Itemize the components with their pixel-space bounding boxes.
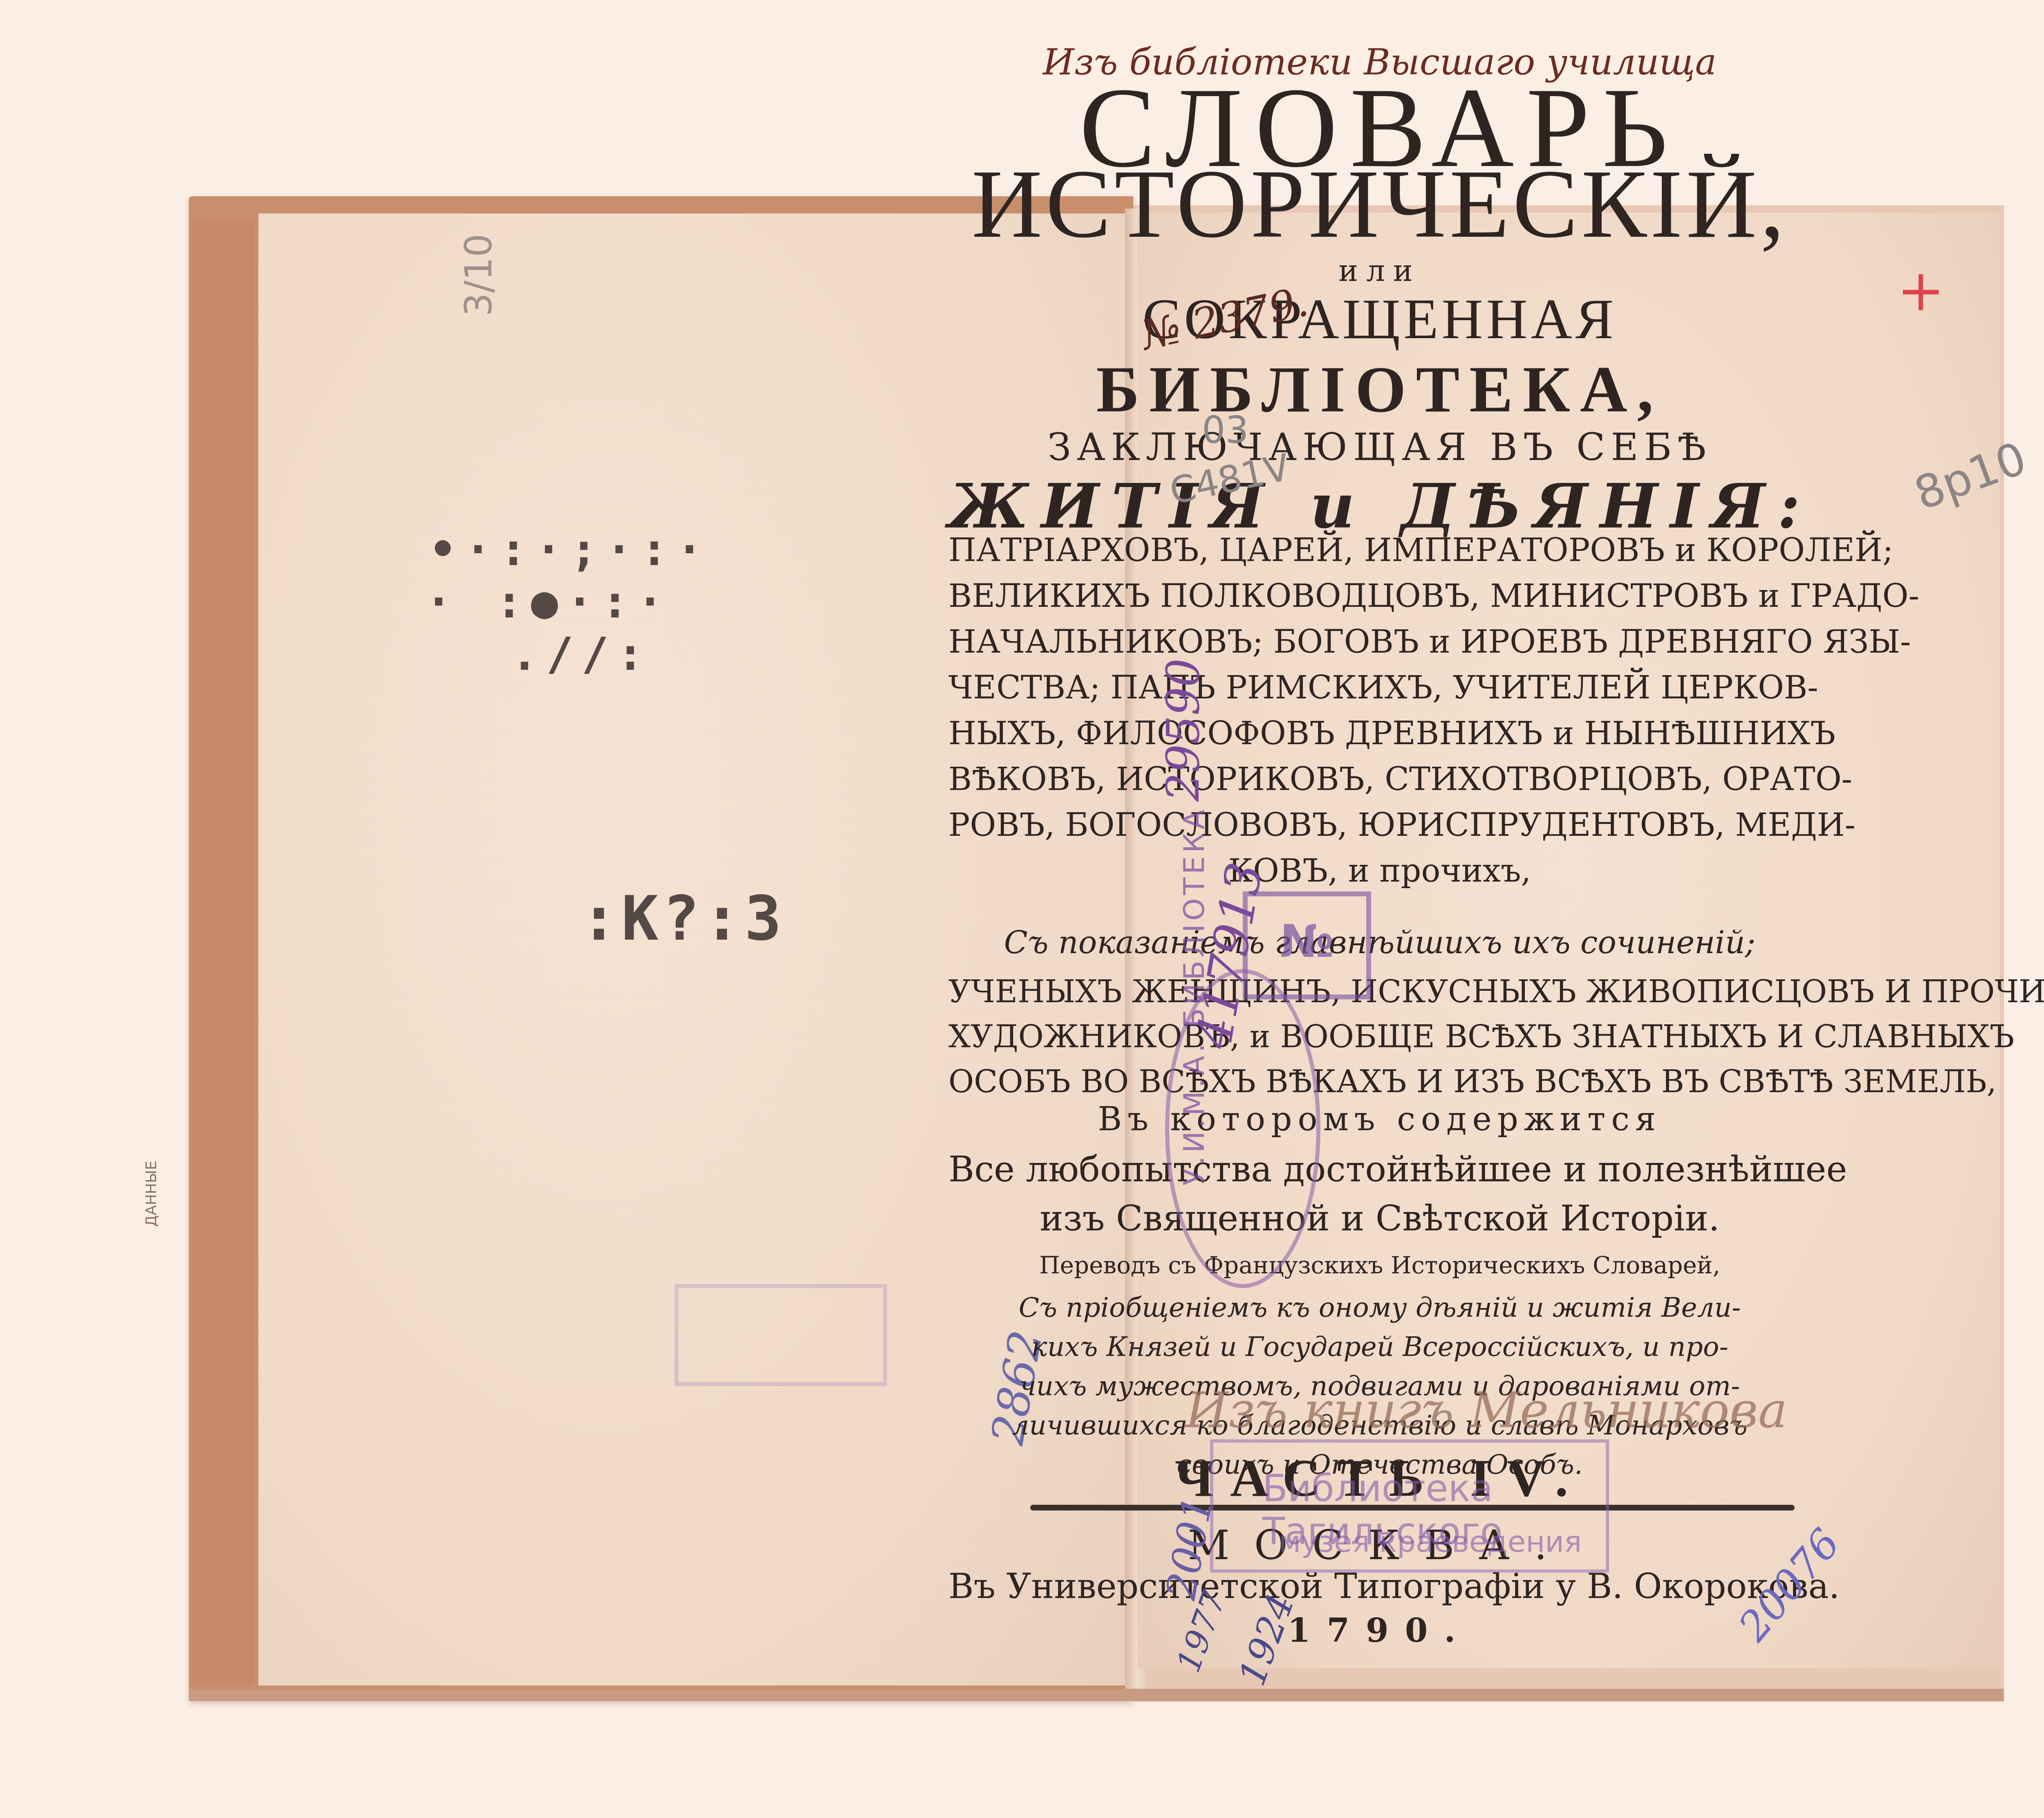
title-page-text: Изъ библіотеки Высшаго училища СЛОВАРЬ И… [948,16,1811,1472]
handwritten-ownership: Изъ книгъ Мельникова [1186,1382,1787,1439]
subtitle-word-1: СОКРАЩЕННАЯ [948,286,1811,352]
perforated-stamp-number: :К?:3 [580,883,786,954]
title-conjunction: или [948,254,1811,288]
in-which-line: Въ которомъ содержится [948,1100,1811,1138]
cover-bottom-edge [189,1689,2004,1701]
body2-line: ОСОБЪ ВО ВСѢХЪ ВѢКАХЪ И ИЗЪ ВСѢХЪ ВЪ СВѢ… [948,1059,1811,1104]
museum-library-stamp: Библиотека Тагильского музея краеведения [1210,1439,1609,1573]
addition-line: Съ пріобщеніемъ къ оному дѣяній и житія … [948,1288,1811,1327]
spine-edge-text: ДАННЫЕ [143,1161,160,1227]
museum-stamp-line-2: музея краеведения [1279,1524,1582,1559]
purple-inventory-number-1: 29590 [1157,658,1209,801]
library-stamp-oval-text: У.И.М.А. БИБЛІОТЕКА [1177,806,1211,1186]
body2-line: УЧЕНЫХЪ ЖЕНЩИНЪ, ИСКУСНЫХЪ ЖИВОПИСЦОВЪ И… [948,969,1811,1014]
body-list-2: УЧЕНЫХЪ ЖЕНЩИНЪ, ИСКУСНЫХЪ ЖИВОПИСЦОВЪ И… [948,969,1811,1104]
title-word-2: ИСТОРИЧЕСКІЙ, [948,147,1811,260]
perforated-stamp-line-3: .//: [511,628,711,680]
from-history-line: изъ Священной и Свѣтской Исторіи. [948,1198,1811,1239]
translation-line: Переводъ съ Французскихъ Историческихъ С… [948,1251,1811,1279]
pencil-note-03: 03 [1202,409,1249,452]
faint-stamp-box [675,1284,887,1386]
subtitle-word-2: БИБЛІОТЕКА, [948,352,1811,427]
book-spine [192,221,253,1685]
perforated-stamp-line-2: · :●·:· [425,576,711,628]
with-showing-line: Съ показаніемъ главнѣйшихъ ихъ сочиненій… [948,924,1811,961]
red-cross-mark: + [1897,258,1945,324]
body-line: ВѢКОВЪ, ИСТОРИКОВЪ, СТИХОТВОРЦОВЪ, ОРАТО… [948,756,1811,802]
body-line: НАЧАЛЬНИКОВЪ; БОГОВЪ и ИРОЕВЪ ДРЕВНЯГО Я… [948,619,1811,665]
all-curious-line: Все любопытства достойнѣйшее и полезнѣйш… [948,1149,1811,1190]
perforated-stamp-line-1: •·:·;·:· [429,523,711,576]
body-list: ПАТРІАРХОВЪ, ЦАРЕЙ, ИМПЕРАТОРОВЪ и КОРОЛ… [948,527,1811,894]
body-line: РОВЪ, БОГОСЛОВОВЪ, ЮРИСПРУДЕНТОВЪ, МЕДИ- [948,802,1811,848]
body-line: НЫХЪ, ФИЛОСОФОВЪ ДРЕВНИХЪ и НЫНѢШНИХЪ [948,711,1811,756]
body-line: ЧЕСТВА; ПАПЪ РИМСКИХЪ, УЧИТЕЛЕЙ ЦЕРКОВ- [948,665,1811,711]
body-line: КОВЪ, и прочихъ, [948,848,1811,894]
body-line: ВЕЛИКИХЪ ПОЛКОВОДЦОВЪ, МИНИСТРОВЪ и ГРАД… [948,573,1811,619]
addition-line: кихъ Князей и Государей Всероссійскихъ, … [948,1327,1811,1367]
perforated-stamp-top: •·:·;·:· · :●·:· .//: [429,523,711,680]
body-line: ПАТРІАРХОВЪ, ЦАРЕЙ, ИМПЕРАТОРОВЪ и КОРОЛ… [948,527,1811,573]
imprint-year: 1790. [948,1611,1811,1650]
pencil-note-left: 3/10 [457,233,500,316]
body2-line: ХУДОЖНИКОВЪ, и ВООБЩЕ ВСѢХЪ ЗНАТНЫХЪ И С… [948,1014,1811,1059]
subtitle-containing: ЗАКЛЮЧАЮЩАЯ ВЪ СЕБѢ [948,425,1811,469]
